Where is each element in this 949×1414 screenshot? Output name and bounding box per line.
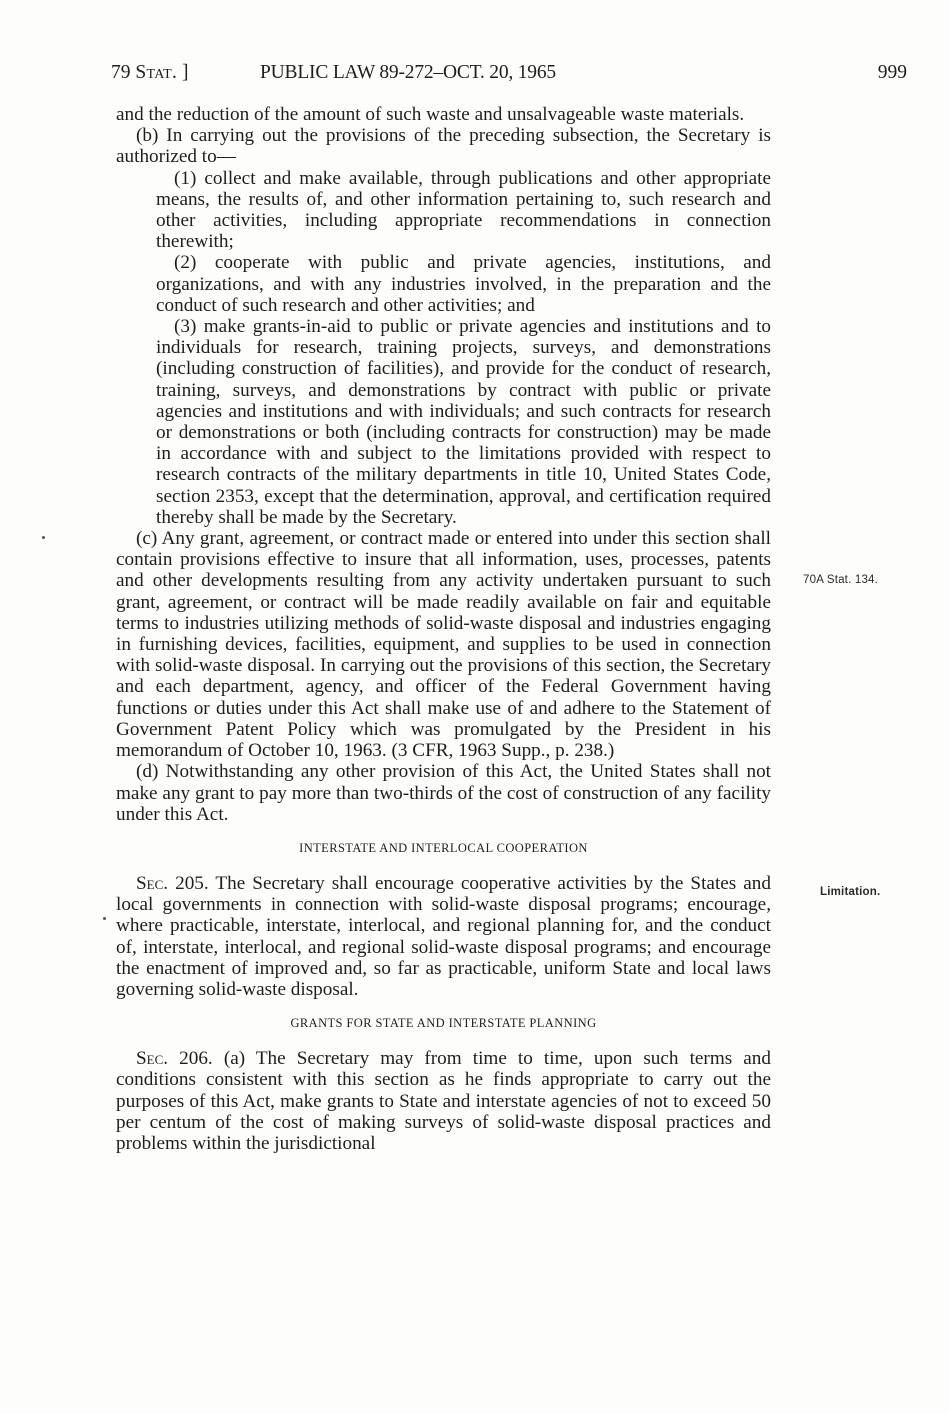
volume-number: 79 xyxy=(111,62,131,83)
section-heading-grants-planning: Grants for State and Interstate Planning xyxy=(116,1014,771,1032)
margin-note-limitation: Limitation. xyxy=(820,886,880,898)
paragraph-subsection-c: (c) Any grant, agreement, or contract ma… xyxy=(116,528,771,761)
statute-volume: 79 Stat. ] xyxy=(111,60,189,86)
paragraph-b-item-3: (3) make grants-in-aid to public or priv… xyxy=(156,316,771,528)
section-206-number: Sec. 206. xyxy=(136,1048,213,1069)
running-head: 79 Stat. ] PUBLIC LAW 89-272–OCT. 20, 19… xyxy=(111,60,907,86)
margin-note-stat-citation: 70A Stat. 134. xyxy=(803,574,878,586)
stray-mark xyxy=(42,536,45,539)
section-206: Sec. 206. (a) The Secretary may from tim… xyxy=(116,1048,771,1154)
body-text: and the reduction of the amount of such … xyxy=(116,104,771,1154)
volume-label: Stat. xyxy=(135,62,177,83)
section-205-text: The Secretary shall encourage cooperativ… xyxy=(116,873,771,1000)
paragraph-b-item-2: (2) cooperate with public and private ag… xyxy=(156,252,771,316)
paragraph-subsection-b: (b) In carrying out the provisions of th… xyxy=(116,125,771,167)
section-heading-interstate-cooperation: Interstate and Interlocal Cooperation xyxy=(116,839,771,857)
section-206-text: (a) The Secretary may from time to time,… xyxy=(116,1048,771,1154)
volume-bracket: ] xyxy=(182,62,189,83)
section-205: Sec. 205. The Secretary shall encourage … xyxy=(116,873,771,1000)
document-page: 79 Stat. ] PUBLIC LAW 89-272–OCT. 20, 19… xyxy=(0,0,949,1414)
section-205-number: Sec. 205. xyxy=(136,873,209,894)
stray-mark xyxy=(103,917,106,920)
paragraph-continuation: and the reduction of the amount of such … xyxy=(116,104,771,125)
paragraph-b-item-1: (1) collect and make available, through … xyxy=(156,168,771,253)
paragraph-subsection-d: (d) Notwithstanding any other provision … xyxy=(116,761,771,825)
page-number: 999 xyxy=(878,60,907,86)
law-title: PUBLIC LAW 89-272–OCT. 20, 1965 xyxy=(260,60,556,86)
